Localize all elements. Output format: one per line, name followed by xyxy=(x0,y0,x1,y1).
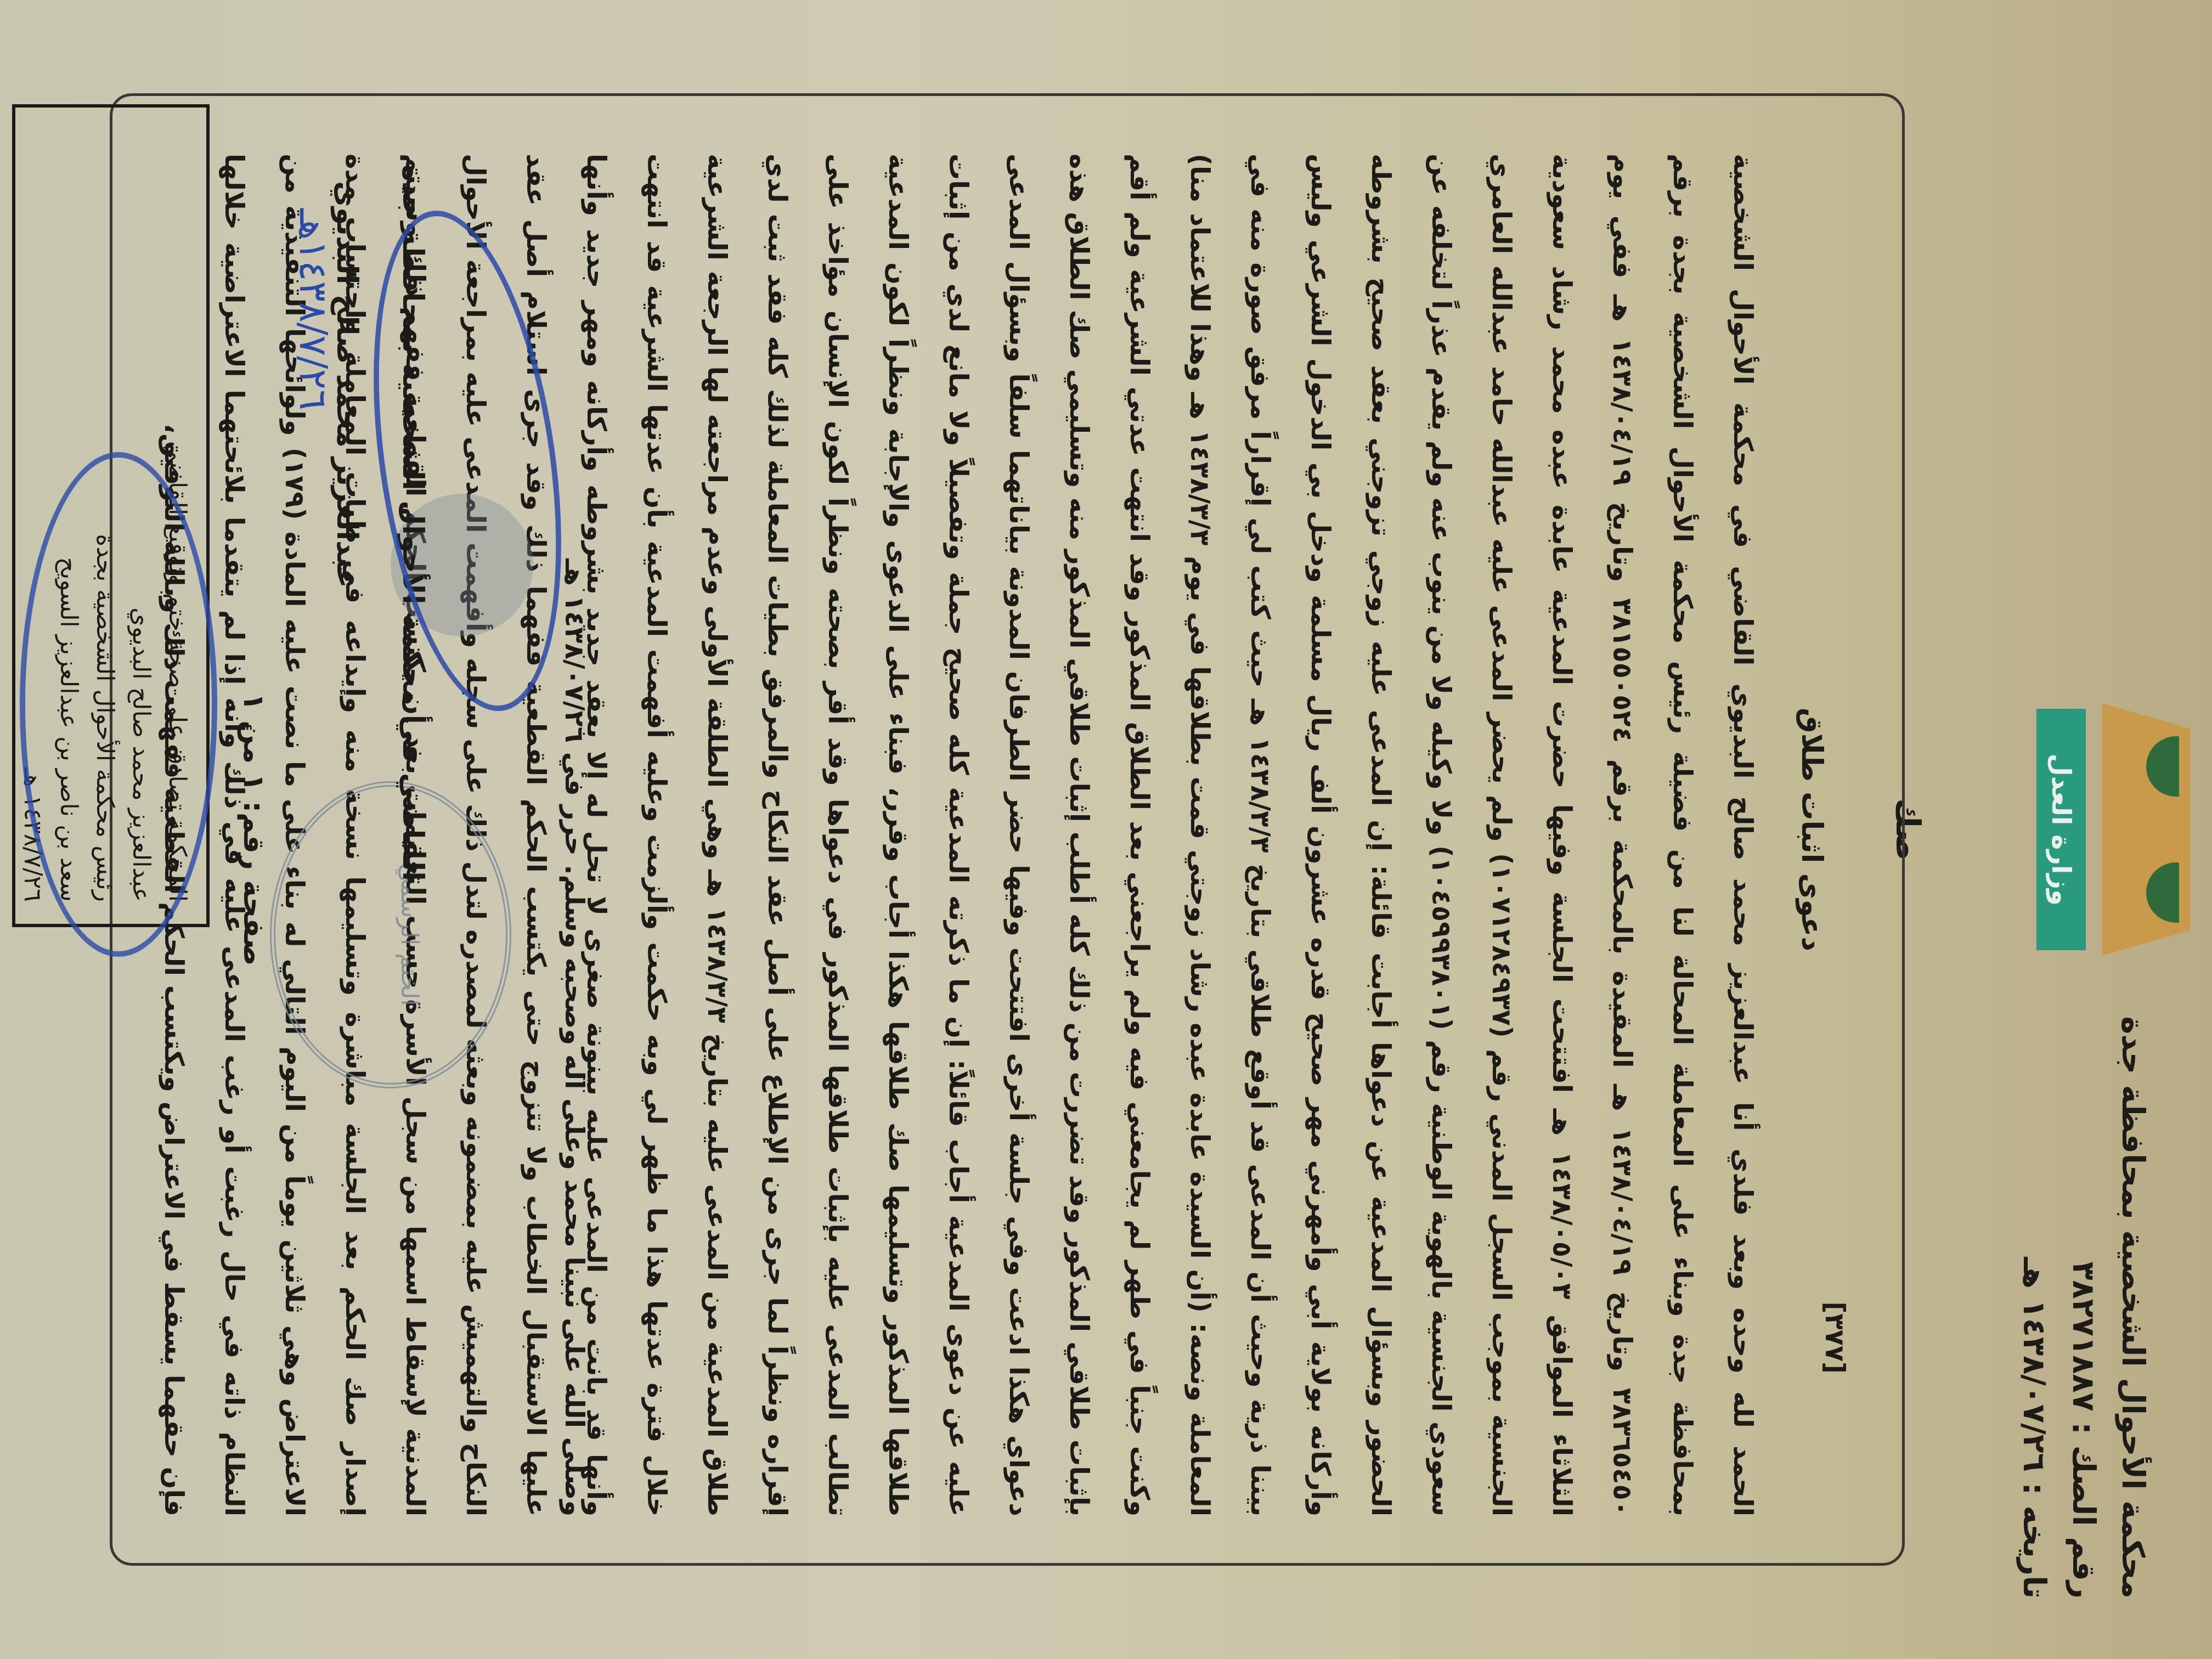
deed-closing: وصلى الله على نبينا محمد وعلى آله وصحبه … xyxy=(544,154,605,1516)
verification-signature xyxy=(20,452,217,957)
deed-number-label: رقم الصك : xyxy=(2066,1422,2101,1599)
court-deed-document: وزارة العدل محكمة الأحوال الشخصية بمحافظ… xyxy=(0,0,2212,1659)
ministry-of-justice-logo: وزارة العدل xyxy=(2025,637,2190,1022)
ministry-name: وزارة العدل xyxy=(2036,709,2086,950)
deed-number: ٣٨٢٧١٨٨٧ xyxy=(2066,1261,2101,1411)
official-seal-label: الختم الرسمي xyxy=(396,864,424,1006)
page-number: صفحة رقم: ١ من ١ xyxy=(237,693,270,966)
case-subject: دعوى اثبات طلاق xyxy=(1795,0,1828,1659)
deed-number-row: رقم الصك : ٣٨٢٧١٨٨٧ xyxy=(2058,995,2108,1599)
official-seal-stamp: الختم الرسمي xyxy=(270,781,511,1088)
date-row: تاريخه : ١٤٣٨/٠٧/٢٦ هـ xyxy=(2009,995,2058,1599)
handwritten-date: ١٤٣٨/٧/٢٦هـ xyxy=(291,208,336,410)
header-info: محكمة الأحوال الشخصية بمحافظة جدة رقم ال… xyxy=(2009,995,2157,1599)
deed-date: ١٤٣٨/٠٧/٢٦ هـ xyxy=(2016,1257,2052,1472)
date-label: تاريخه : xyxy=(2016,1482,2052,1599)
verification-box: المحكمة تصادق على صحة ختم وتوقيع القاضي … xyxy=(12,104,210,927)
court-name: محكمة الأحوال الشخصية بمحافظة جدة xyxy=(2108,995,2157,1599)
